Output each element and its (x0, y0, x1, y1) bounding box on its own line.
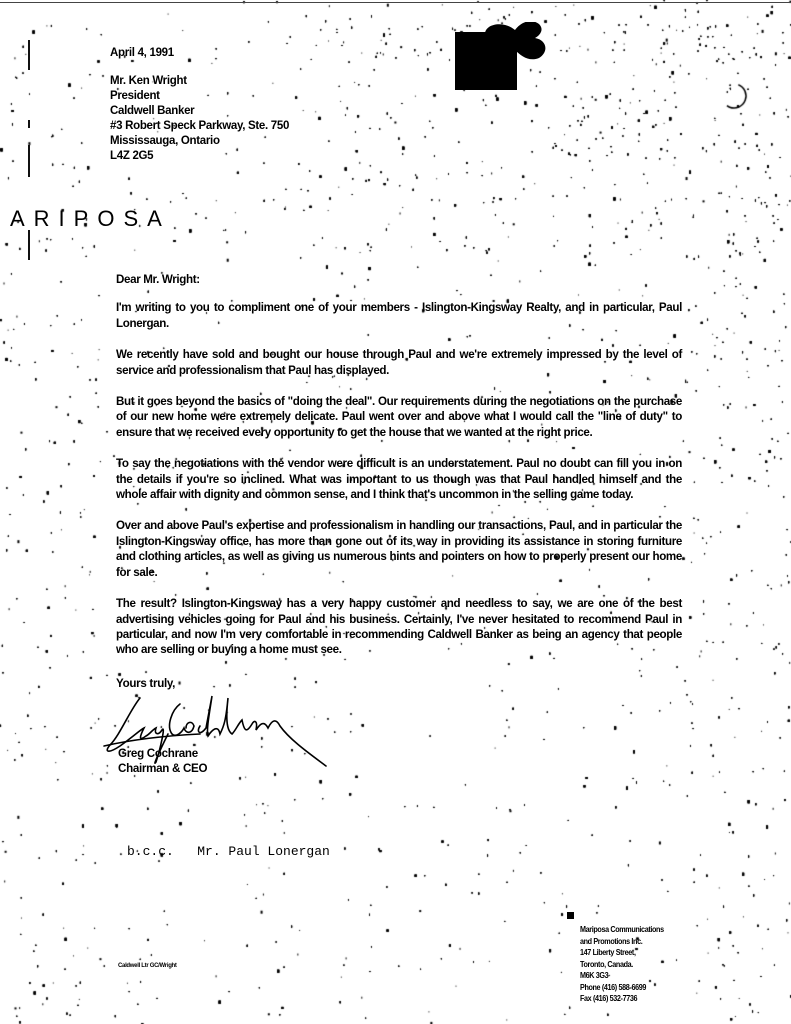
recipient-title: President (110, 89, 289, 104)
recipient-company: Caldwell Banker (110, 104, 289, 119)
paragraph: But it goes beyond the basics of "doing … (116, 394, 682, 440)
bcc-line: b.c.c. Mr. Paul Lonergan (127, 844, 330, 859)
company-line: Toronto, Canada. (580, 959, 664, 971)
company-line: Phone (416) 588-6699 (580, 982, 664, 994)
company-address-block: Mariposa Communications and Promotions I… (567, 912, 673, 1005)
footer-reference: Caldwell Ltr GC/Wright (118, 963, 177, 969)
letter-body: Dear Mr. Wright: I'm writing to you to c… (116, 272, 682, 674)
letterhead-brand: MARIPOSA (0, 206, 171, 232)
company-line: M6K 3G3 (580, 970, 664, 982)
square-bullet-icon (567, 912, 574, 919)
brand-cut-letter: M (0, 206, 10, 232)
signer-name: Greg Cochrane (118, 746, 207, 761)
company-line: and Promotions Inc. (580, 936, 664, 948)
brand-text: ARIPOSA (10, 206, 171, 231)
recipient-name: Mr. Ken Wright (110, 74, 289, 89)
recipient-street: #3 Robert Speck Parkway, Ste. 750 (110, 119, 289, 134)
company-line: Fax (416) 532-7736 (580, 993, 664, 1005)
paragraph: We recently have sold and bought our hou… (116, 347, 682, 378)
closing: Yours truly, (116, 677, 175, 690)
page-top-edge (0, 2, 791, 3)
paragraph: To say the negotiations with the vendor … (116, 456, 682, 502)
paragraph: Over and above Paul's expertise and prof… (116, 518, 682, 580)
recipient-postal: L4Z 2G5 (110, 149, 289, 164)
letter-date: April 4, 1991 (110, 46, 289, 61)
company-line: 147 Liberty Street, (580, 947, 664, 959)
signer-block: Greg Cochrane Chairman & CEO (118, 746, 207, 776)
salutation: Dear Mr. Wright: (116, 272, 682, 287)
company-line: Mariposa Communications (580, 924, 664, 936)
butterfly-box-logo-icon (455, 22, 575, 92)
paragraph: The result? Islington-Kingsway has a ver… (116, 596, 682, 658)
paragraph: I'm writing to you to compliment one of … (116, 300, 682, 331)
signer-title: Chairman & CEO (118, 761, 207, 776)
recipient-address-block: April 4, 1991 Mr. Ken Wright President C… (110, 46, 289, 164)
recipient-city: Mississauga, Ontario (110, 134, 289, 149)
